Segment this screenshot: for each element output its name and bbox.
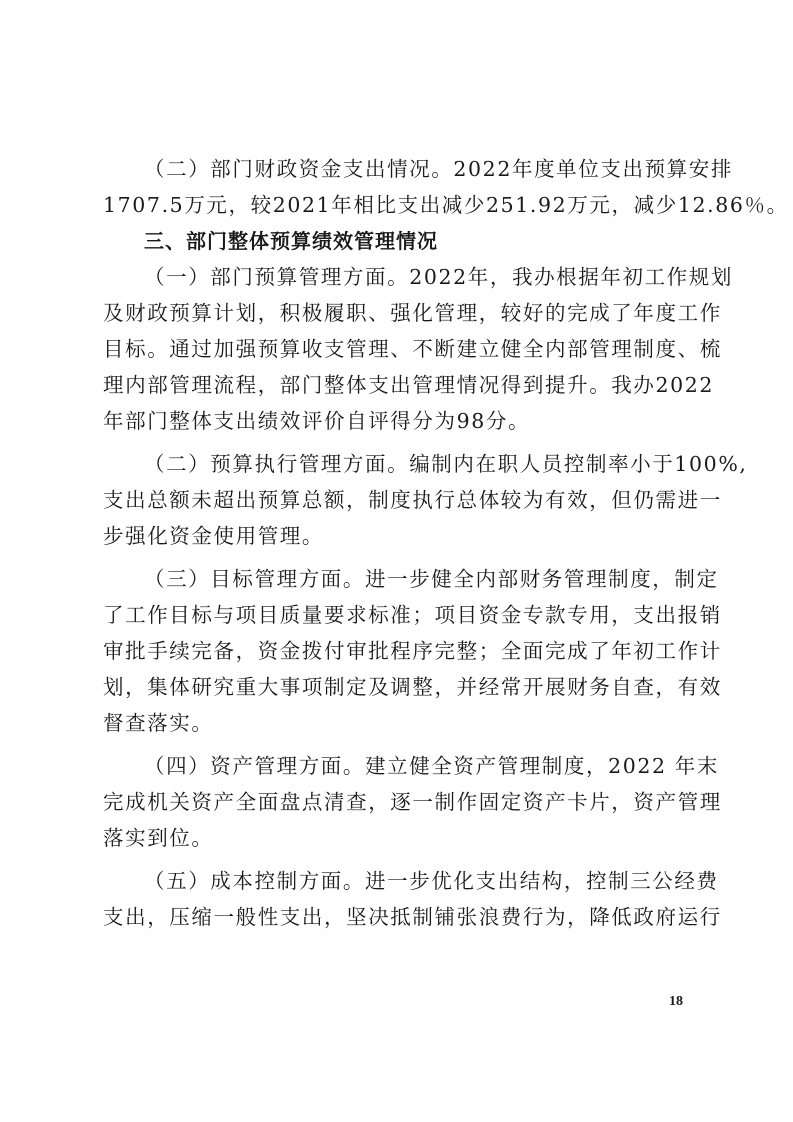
text-line: 理内部管理流程，部门整体支出管理情况得到提升。我办2022 bbox=[103, 367, 691, 403]
text-line: （五）成本控制方面。进一步优化支出结构，控制三公经费 bbox=[103, 863, 691, 899]
text-line: 目标。通过加强预算收支管理、不断建立健全内部管理制度、梳 bbox=[103, 331, 691, 367]
text-line: （二）部门财政资金支出情况。2022年度单位支出预算安排 bbox=[103, 151, 691, 187]
paragraph-spacer bbox=[103, 741, 691, 748]
text-line: 审批手续完备，资金拨付审批程序完整；全面完成了年初工作计 bbox=[103, 633, 691, 669]
text-line: 划，集体研究重大事项制定及调整，并经常开展财务自查，有效 bbox=[103, 669, 691, 705]
paragraph-budget-execution: （二）预算执行管理方面。编制内在职人员控制率小于100%, 支出总额未超出预算总… bbox=[103, 446, 691, 554]
text-line: 及财政预算计划，积极履职、强化管理，较好的完成了年度工作 bbox=[103, 295, 691, 331]
text-line: 1707.5万元，较2021年相比支出减少251.92万元，减少12.86％。 bbox=[103, 187, 691, 223]
text-line: 落实到位。 bbox=[103, 820, 691, 856]
document-page: （二）部门财政资金支出情况。2022年度单位支出预算安排 1707.5万元，较2… bbox=[0, 0, 793, 1122]
paragraph-target-management: （三）目标管理方面。进一步健全内部财务管理制度，制定 了工作目标与项目质量要求标… bbox=[103, 561, 691, 741]
text-line: 督查落实。 bbox=[103, 705, 691, 741]
text-line: 支出总额未超出预算总额，制度执行总体较为有效，但仍需进一 bbox=[103, 482, 691, 518]
paragraph-budget-management: （一）部门预算管理方面。2022年，我办根据年初工作规划 及财政预算计划，积极履… bbox=[103, 259, 691, 439]
section-heading: 三、部门整体预算绩效管理情况 bbox=[103, 223, 691, 259]
text-line: 了工作目标与项目质量要求标准；项目资金专款专用，支出报销 bbox=[103, 597, 691, 633]
text-line: 步强化资金使用管理。 bbox=[103, 518, 691, 554]
text-line: 年部门整体支出绩效评价自评得分为98分。 bbox=[103, 403, 691, 439]
text-line: （四）资产管理方面。建立健全资产管理制度，2022 年末 bbox=[103, 748, 691, 784]
paragraph-asset-management: （四）资产管理方面。建立健全资产管理制度，2022 年末 完成机关资产全面盘点清… bbox=[103, 748, 691, 856]
page-number: 18 bbox=[669, 994, 683, 1010]
text-line: （二）预算执行管理方面。编制内在职人员控制率小于100%, bbox=[103, 446, 691, 482]
paragraph-dept-fiscal-expenditure: （二）部门财政资金支出情况。2022年度单位支出预算安排 1707.5万元，较2… bbox=[103, 151, 691, 223]
paragraph-spacer bbox=[103, 554, 691, 561]
paragraph-cost-control: （五）成本控制方面。进一步优化支出结构，控制三公经费 支出，压缩一般性支出，坚决… bbox=[103, 863, 691, 935]
document-body: （二）部门财政资金支出情况。2022年度单位支出预算安排 1707.5万元，较2… bbox=[103, 151, 691, 935]
text-line: （一）部门预算管理方面。2022年，我办根据年初工作规划 bbox=[103, 259, 691, 295]
text-line: 支出，压缩一般性支出，坚决抵制铺张浪费行为，降低政府运行 bbox=[103, 899, 691, 935]
text-line: （三）目标管理方面。进一步健全内部财务管理制度，制定 bbox=[103, 561, 691, 597]
paragraph-spacer bbox=[103, 856, 691, 863]
heading-text: 三、部门整体预算绩效管理情况 bbox=[103, 223, 691, 259]
paragraph-spacer bbox=[103, 439, 691, 446]
text-line: 完成机关资产全面盘点清查，逐一制作固定资产卡片，资产管理 bbox=[103, 784, 691, 820]
